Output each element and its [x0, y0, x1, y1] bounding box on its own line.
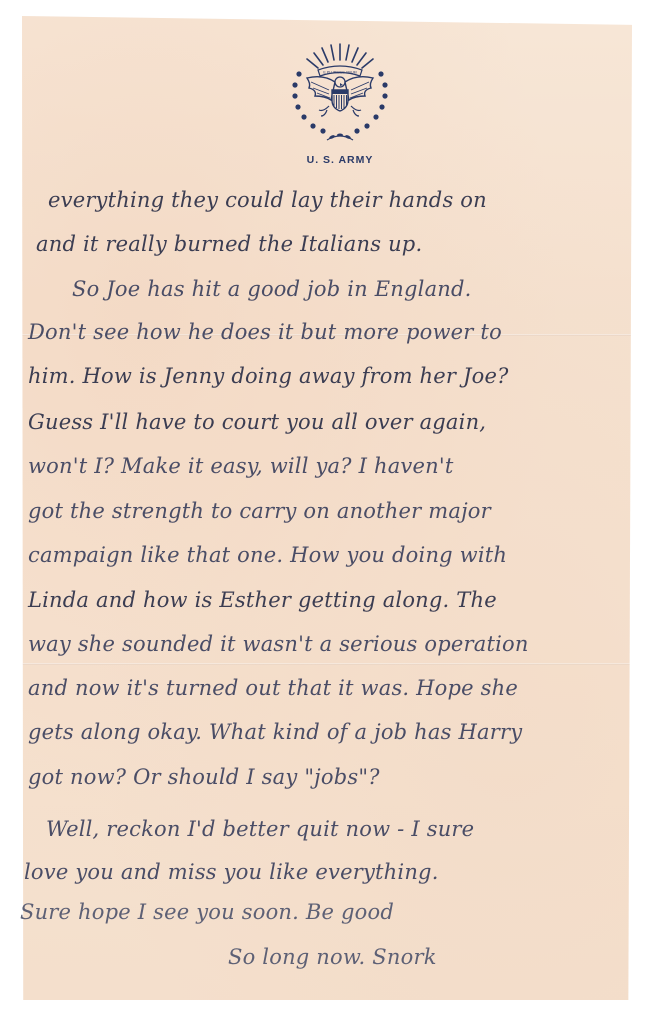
letter-line: and now it's turned out that it was. Hop… [28, 676, 518, 700]
letter-line: Sure hope I see you soon. Be good [20, 900, 394, 924]
letter-body: everything they could lay their hands on… [0, 0, 648, 1023]
letter-line: Linda and how is Esther getting along. T… [28, 588, 497, 612]
letter-line: Guess I'll have to court you all over ag… [28, 410, 486, 434]
letter-line: him. How is Jenny doing away from her Jo… [28, 364, 509, 388]
letter-line: love you and miss you like everything. [24, 860, 439, 884]
letter-line: and it really burned the Italians up. [36, 232, 422, 256]
letter-line: got the strength to carry on another maj… [28, 499, 491, 523]
letter-line: campaign like that one. How you doing wi… [28, 543, 507, 567]
letter-line: Well, reckon I'd better quit now - I sur… [46, 817, 474, 841]
letter-line: got now? Or should I say "jobs"? [28, 765, 380, 789]
letter-line: won't I? Make it easy, will ya? I haven'… [28, 454, 453, 478]
letter-line: Don't see how he does it but more power … [28, 320, 502, 344]
signature: So long now. Snork [228, 945, 437, 969]
letter-line: way she sounded it wasn't a serious oper… [28, 632, 529, 656]
page: E PLURIBUS UNUM [0, 0, 648, 1023]
letter-line: So Joe has hit a good job in England. [72, 277, 472, 301]
letter-line: gets along okay. What kind of a job has … [28, 720, 522, 744]
letter-line: everything they could lay their hands on [48, 188, 487, 212]
